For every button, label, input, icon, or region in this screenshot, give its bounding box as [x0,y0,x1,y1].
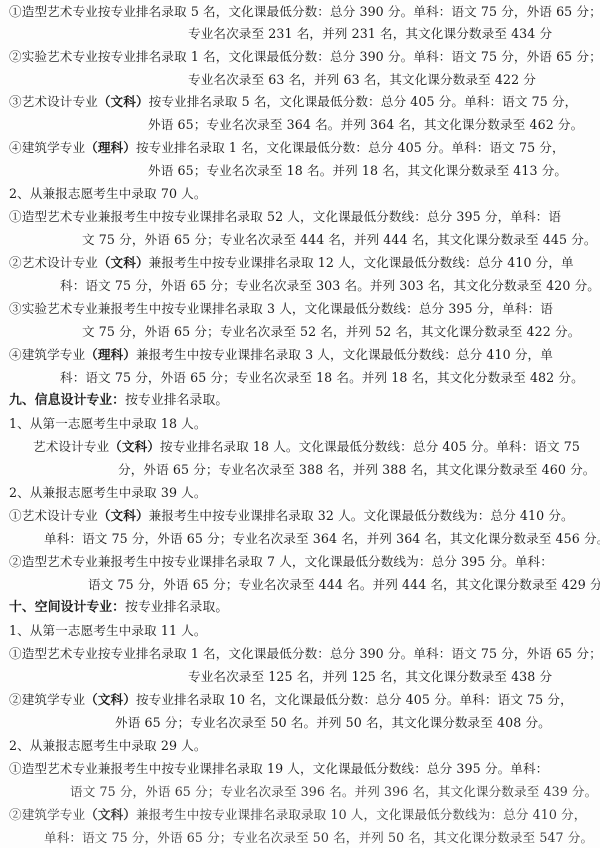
track-label: （文科） [109,439,160,454]
section-heading-note: 按专业排名录取。 [125,393,228,408]
text-line: 文 75 分，外语 65 分；专业名次录至 52 名，并列 52 名，其文化课分… [82,320,580,344]
text-line: 专业名次录至 231 名，并列 231 名，其文化课分数录至 434 分 [188,22,552,46]
text-line: 科：语文 75 分，外语 65 分；专业名次录至 303 名。并列 303 名，… [60,274,600,298]
text-line: ②造型艺术专业兼报考生中按专业课排名录取 7 人，文化课最低分数线为：总分 39… [9,550,553,574]
admission-rule-line: ①艺术设计专业（文科）兼报考生中按专业课排名录取 32 人。文化课最低分数线为：… [9,504,574,528]
text-line: ①造型艺术专业按专业排名录取 5 名，文化课最低分数：总分 390 分。单科：语… [9,0,600,24]
text-line: 1、从第一志愿考生中录取 11 人。 [9,619,207,643]
track-label: （文科） [85,807,136,822]
text-line: 1、从第一志愿考生中录取 18 人。 [9,412,207,436]
section-heading-title: 九、信息设计专业： [9,393,125,408]
admission-rule-line: ④建筑学专业（理科）按专业排名录取 1 名，文化课最低分数：总分 405 分。单… [9,136,565,160]
track-label: （文科） [98,255,149,270]
major-name: ②建筑学专业 [9,807,85,822]
text-line: 2、从兼报志愿考生中录取 29 人。 [9,734,207,758]
section-heading-title: 十、空间设计专业： [9,600,125,615]
section-heading-note: 按专业排名录取。 [125,600,228,615]
major-name: ③艺术设计专业 [9,94,98,109]
text-line: 科：语文 75 分，外语 65 分；专业名次录至 18 名。并列 18 名，其文… [60,366,584,390]
rule-text: 兼报考生中按专业课排名录取 3 人，文化课最低分数线：总分 410 分，单 [136,347,553,362]
text-line: 单科：语文 75 分，外语 65 分；专业名次录至 50 名，并列 50 名，其… [44,826,593,848]
text-line: 专业名次录至 63 名，并列 63 名，其文化课分数录至 422 分 [188,68,536,92]
admission-rule-line: 艺术设计专业（文科）按专业排名录取 18 人。文化课最低分数线：总分 405 分… [33,435,580,459]
text-line: 外语 65；专业名次录至 18 名。并列 18 名，其文化课分数录至 413 分… [148,159,567,183]
major-name: 艺术设计专业 [33,439,109,454]
admission-rule-line: ③艺术设计专业（文科）按专业排名录取 5 名，文化课最低分数：总分 405 分。… [9,90,577,114]
admission-rule-line: ②建筑学专业（文科）按专业排名录取 10 名，文化课最低分数：总分 405 分。… [9,688,573,712]
text-line: ①造型艺术专业兼报考生中按专业课排名录取 52 人，文化课最低分数线：总分 39… [9,205,561,229]
rule-text: 兼报考生中按专业课排名录取 12 人，文化课最低分数线：总分 410 分，单 [149,255,574,270]
track-label: （文科） [85,692,136,707]
text-line: 分，外语 65 分；专业名次录至 388 名，并列 388 名，其文化课分数录至… [118,458,596,482]
rule-text: 按专业排名录取 10 名，文化课最低分数：总分 405 分。单科：语文 75 分… [136,692,573,707]
text-line: ③实验艺术专业兼报考生中按专业课排名录取 3 人，文化课最低分数线：总分 395… [9,297,553,321]
section-heading: 九、信息设计专业：按专业排名录取。 [9,389,228,413]
rule-text: 按专业排名录取 5 名，文化课最低分数：总分 405 分。单科：语文 75 分， [149,94,578,109]
track-label: （文科） [98,94,149,109]
document-page: ①造型艺术专业按专业排名录取 5 名，文化课最低分数：总分 390 分。单科：语… [0,0,600,848]
admission-rule-line: ②艺术设计专业（文科）兼报考生中按专业课排名录取 12 人，文化课最低分数线：总… [9,251,574,275]
text-line: 专业名次录至 125 名，并列 125 名，其文化课分数录至 438 分 [188,665,552,689]
rule-text: 兼报考生中按专业课排名录取录取 10 人，文化课最低分数线为：总分 410 分， [136,807,586,822]
text-line: 语文 75 分，外语 65 分；专业名次录至 444 名。并列 444 名，其文… [88,573,600,597]
rule-text: 按专业排名录取 1 名，文化课最低分数：总分 405 分。单科：语文 75 分， [136,140,565,155]
major-name: ②艺术设计专业 [9,255,98,270]
admission-rule-line: ②建筑学专业（文科）兼报考生中按专业课排名录取录取 10 人，文化课最低分数线为… [9,803,586,827]
text-line: 文 75 分，外语 65 分；专业名次录至 444 名，并列 444 名，其文化… [82,228,597,252]
major-name: ④建筑学专业 [9,140,85,155]
text-line: 外语 65 分；专业名次录至 50 名。并列 50 名，其文化课分数录至 408… [115,711,551,735]
text-line: 语文 75 分，外语 65 分；专业名次录至 396 名。并列 396 名，其文… [70,780,597,804]
text-line: ②实验艺术专业按专业排名录取 1 名，文化课最低分数：总分 390 分。单科：语… [9,45,600,69]
text-line: 单科：语文 75 分，外语 65 分；专业名次录至 364 名，并列 364 名… [44,527,600,551]
major-name: ①艺术设计专业 [9,508,98,523]
text-line: 外语 65；专业名次录至 364 名。并列 364 名，其文化课分数录至 462… [148,113,583,137]
track-label: （理科） [85,140,136,155]
rule-text: 按专业排名录取 18 人。文化课最低分数线：总分 405 分。单科：语文 75 [160,439,580,454]
major-name: ②建筑学专业 [9,692,85,707]
track-label: （理科） [85,347,136,362]
admission-rule-line: ④建筑学专业（理科）兼报考生中按专业课排名录取 3 人，文化课最低分数线：总分 … [9,343,553,367]
rule-text: 兼报考生中按专业课排名录取 32 人。文化课最低分数线为：总分 410 分。 [149,508,574,523]
section-heading: 十、空间设计专业：按专业排名录取。 [9,596,228,620]
text-line: ①造型艺术专业兼报考生中按专业课排名录取 19 人，文化课最低分数线：总分 39… [9,757,548,781]
track-label: （文科） [98,508,149,523]
major-name: ④建筑学专业 [9,347,85,362]
text-line: 2、从兼报志愿考生中录取 70 人。 [9,182,207,206]
text-line: ①造型艺术专业按专业排名录取 1 名，文化课最低分数：总分 390 分。单科：语… [9,642,600,666]
text-line: 2、从兼报志愿考生中录取 39 人。 [9,481,207,505]
